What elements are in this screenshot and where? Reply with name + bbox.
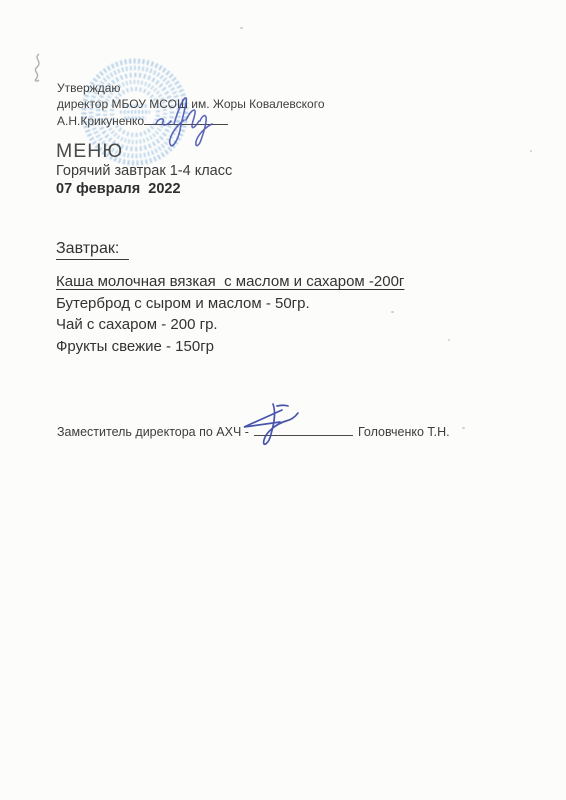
- menu-subtitle: Горячий завтрак 1-4 класс: [56, 163, 232, 179]
- menu-item: Фрукты свежие - 150гр: [56, 336, 404, 358]
- page-title: МЕНЮ: [56, 140, 123, 163]
- footer-name: Головченко Т.Н.: [358, 425, 450, 439]
- scan-speck: [530, 150, 532, 152]
- scanned-menu-document: Утверждаю директор МБОУ МСОШ им. Жоры Ко…: [0, 0, 566, 800]
- menu-list: Каша молочная вязкая с маслом и сахаром …: [56, 271, 404, 357]
- scan-speck: [240, 27, 243, 29]
- footer-label: Заместитель директора по АХЧ -: [57, 425, 249, 439]
- menu-item: Каша молочная вязкая с маслом и сахаром …: [56, 271, 404, 293]
- scan-speck: [448, 339, 450, 341]
- menu-item: Бутерброд с сыром и маслом - 50гр.: [56, 293, 404, 315]
- section-heading: Завтрак:: [56, 240, 129, 260]
- pencil-mark: [28, 50, 58, 86]
- menu-date: 07 февраля 2022: [56, 181, 181, 197]
- scan-speck: [462, 427, 465, 429]
- deputy-signature: [236, 396, 308, 456]
- scan-speck: [391, 311, 394, 313]
- menu-item: Чай с сахаром - 200 гр.: [56, 314, 404, 336]
- director-name: А.Н.Крикуненко: [57, 114, 144, 128]
- director-signature: [148, 88, 226, 156]
